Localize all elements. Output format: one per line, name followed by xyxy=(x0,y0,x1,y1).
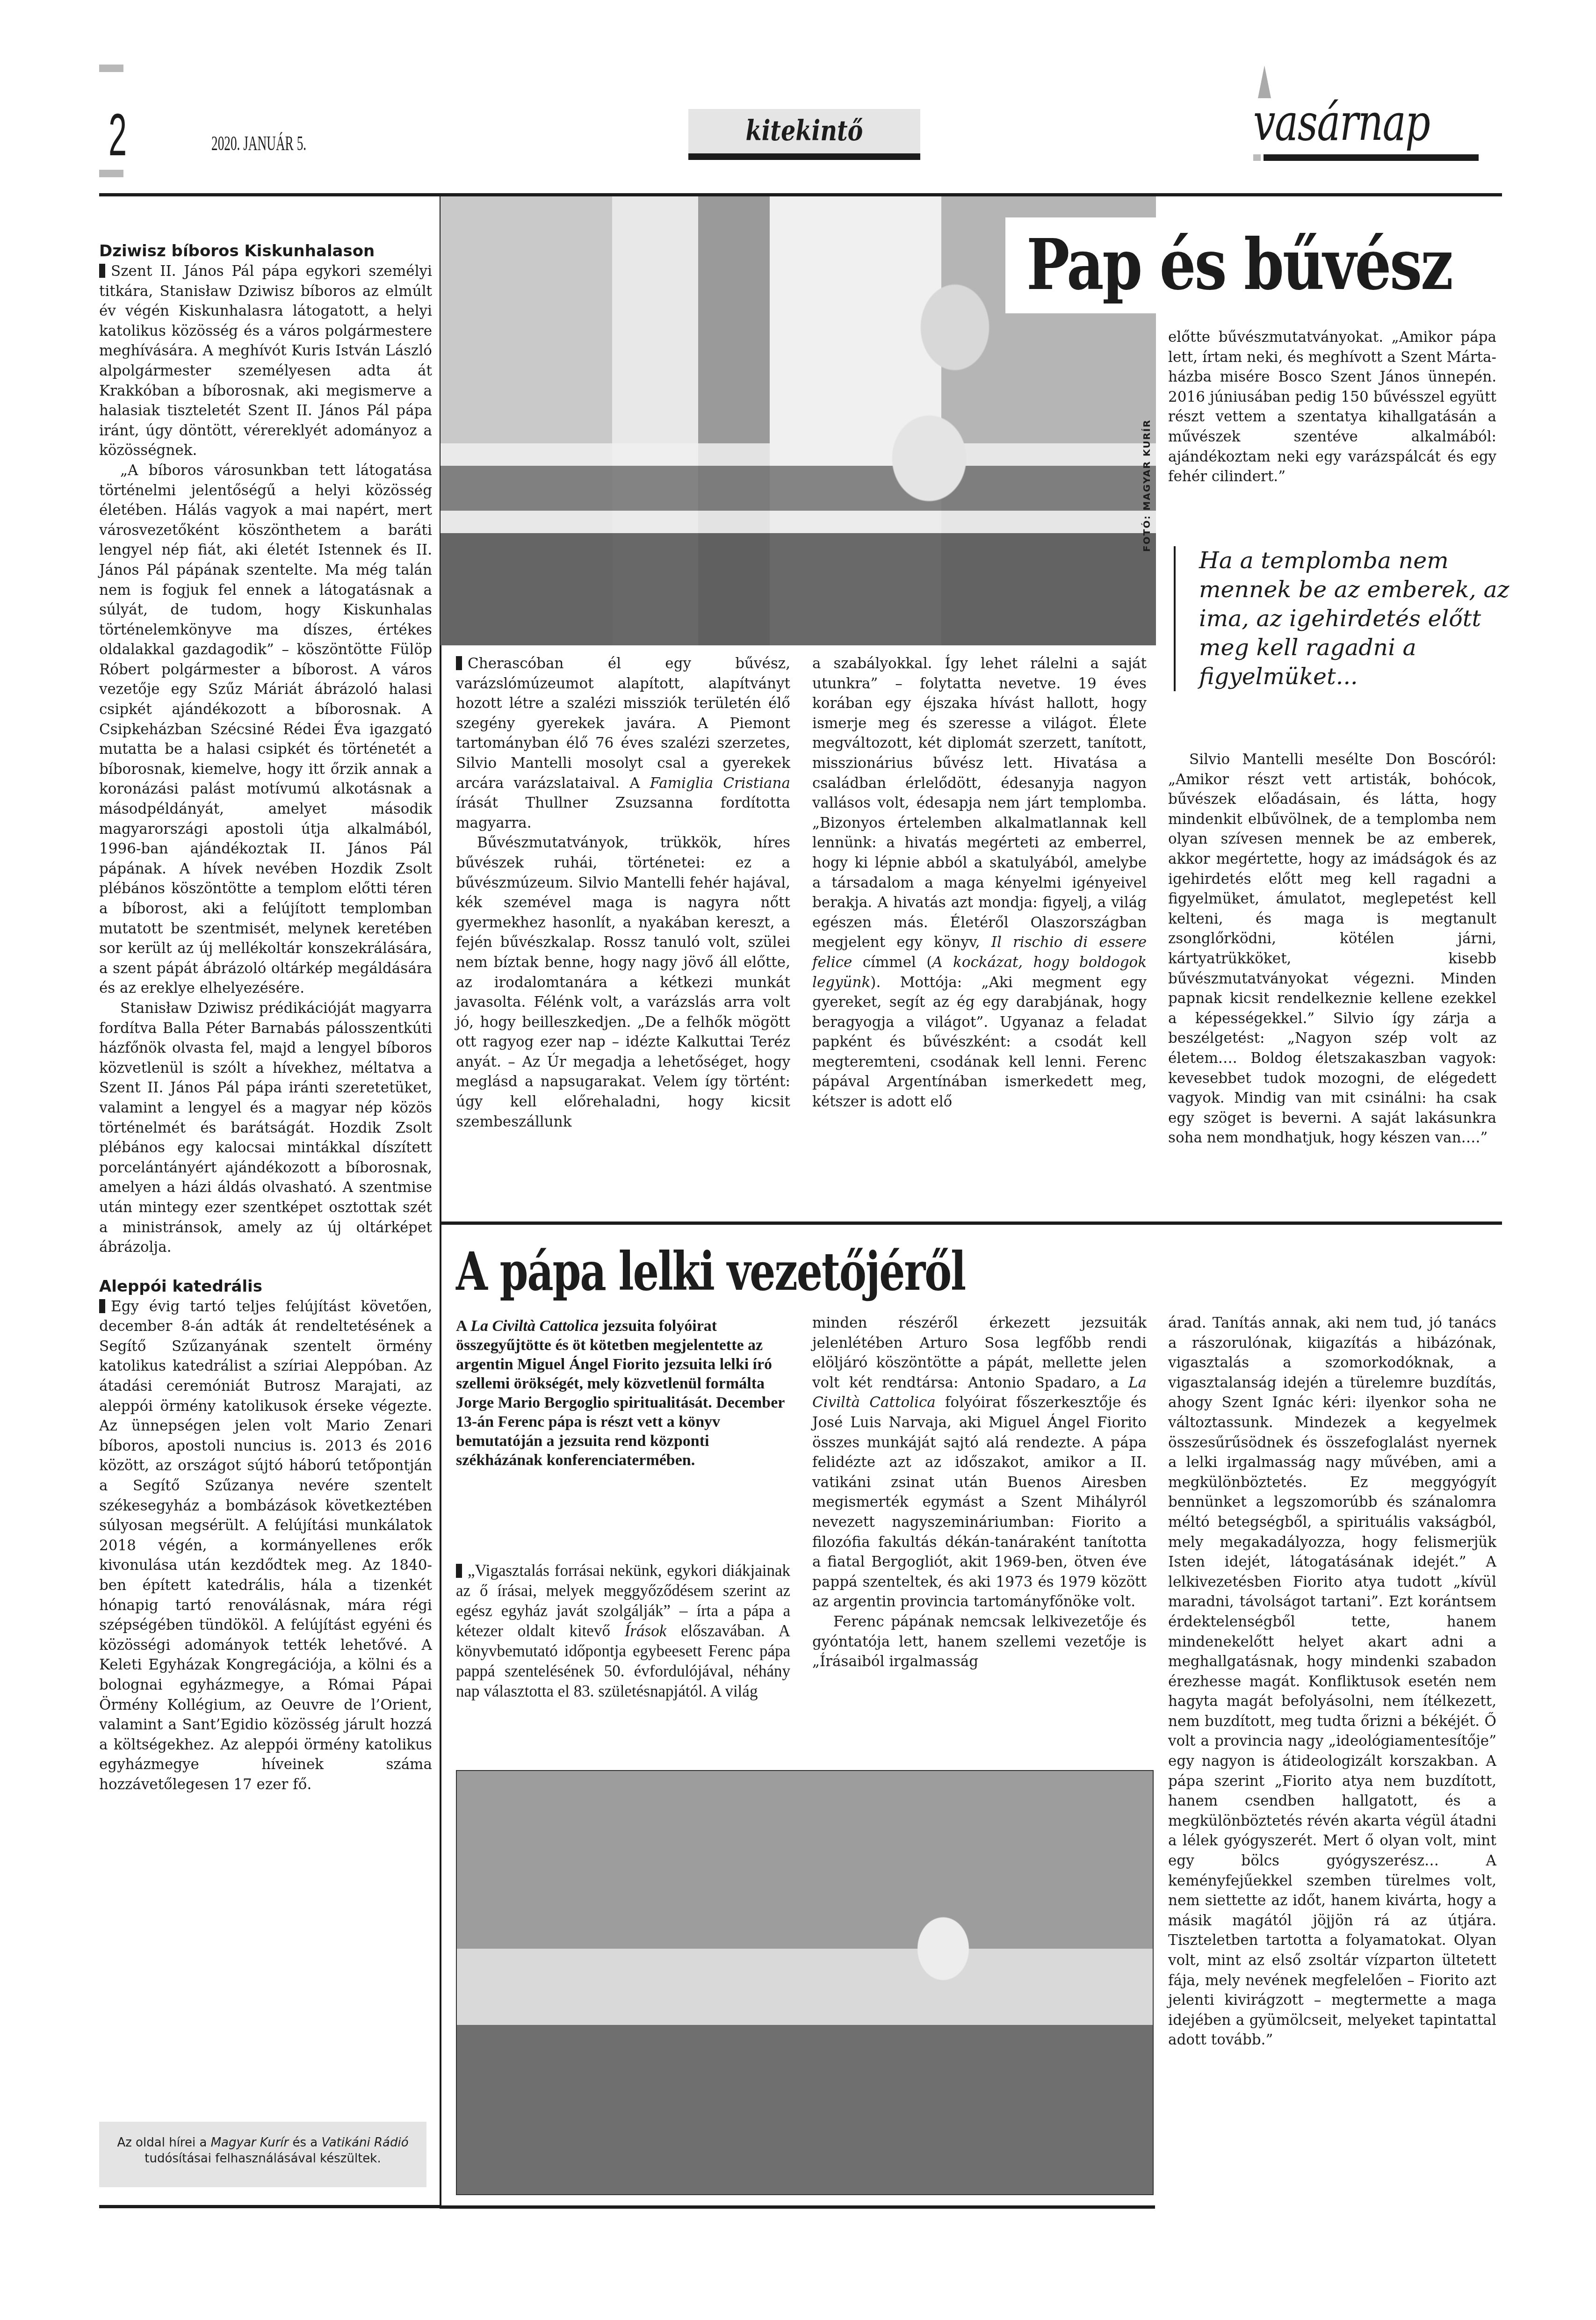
masthead-title: vasárnap xyxy=(1253,94,1430,152)
article2-column-1: „Vigasztalás forrásai nekünk, egykori di… xyxy=(456,1561,790,1701)
news-column: Dziwisz bíboros Kiskunhalason Szent II. … xyxy=(99,241,432,1795)
article-paragraph: előtte bűvészmutatványokat. „Amikor pápa… xyxy=(1168,327,1496,487)
source-note: Az oldal hírei a Magyar Kurír és a Vatik… xyxy=(99,2122,426,2187)
headline-pap-es-buvesz: Pap és bűvész xyxy=(1026,223,1452,307)
article-column-2: a szabályokkal. Így lehet rálelni a sajá… xyxy=(812,654,1147,1112)
page-number-bar-top xyxy=(99,65,123,72)
article-column-3-bottom: Silvio Mantelli mesélte Don Boscóról: „A… xyxy=(1168,750,1496,1148)
page-number: 2 xyxy=(108,105,127,165)
news-paragraph: „A bíboros városunkban tett látogatása t… xyxy=(99,461,432,998)
article-column-3-top: előtte bűvészmutatványokat. „Amikor pápa… xyxy=(1168,327,1496,487)
article-separator-rule xyxy=(440,1221,1502,1225)
photo-credit: FOTÓ: MAGYAR KURÍR xyxy=(1141,419,1152,552)
photo-pope-conference xyxy=(456,1770,1154,2195)
news-paragraph: Szent II. János Pál pápa egykori személy… xyxy=(99,261,432,461)
news-title-aleppo: Aleppói katedrális xyxy=(99,1276,432,1297)
pull-quote: Ha a templomba nem mennek be az emberek,… xyxy=(1174,546,1522,691)
article-paragraph: árad. Tanítás annak, aki nem tud, jó tan… xyxy=(1168,1313,1496,2050)
issue-date: 2020. JANUÁR 5. xyxy=(211,131,306,155)
logo-square xyxy=(1253,154,1261,161)
article2-column-2: minden részéről érkezett jezsuiták jelen… xyxy=(812,1313,1147,1672)
article-paragraph: minden részéről érkezett jezsuiták jelen… xyxy=(812,1313,1147,1612)
news-paragraph: Egy évig tartó teljes felújítást követőe… xyxy=(99,1297,432,1795)
article-paragraph: Bűvészmutatványok, trükkök, híres bűvész… xyxy=(456,833,790,1132)
section-label: kitekintő xyxy=(688,109,920,160)
article2-column-3: árad. Tanítás annak, aki nem tud, jó tan… xyxy=(1168,1313,1496,2050)
logo-rule xyxy=(1264,154,1479,161)
article-paragraph: Ferenc pápának nemcsak lelkivezetője és … xyxy=(812,1612,1147,1672)
header-rule xyxy=(99,193,1502,196)
source-vatikani-radio: Vatikáni Rádió xyxy=(322,2136,409,2150)
page-number-bar-bottom xyxy=(99,170,123,177)
article-paragraph: Cherascóban él egy bűvész, varázslómúzeu… xyxy=(456,654,790,833)
headline-papa-lelki-vezetojerol: A pápa lelki vezetőjéről xyxy=(456,1242,965,1302)
article-lead: A La Civiltà Cattolica jezsuita folyóira… xyxy=(456,1316,790,1470)
masthead-logo: vasárnap xyxy=(1253,84,1506,168)
left-bottom-rule xyxy=(99,2205,440,2208)
news-paragraph: Stanisław Dziwisz prédikációját magyarra… xyxy=(99,998,432,1258)
article-column-1: Cherascóban él egy bűvész, varázslómúzeu… xyxy=(456,654,790,1132)
source-magyar-kurir: Magyar Kurír xyxy=(211,2136,289,2150)
article-paragraph: a szabályokkal. Így lehet rálelni a sajá… xyxy=(812,654,1147,1112)
news-title-dziwisz: Dziwisz bíboros Kiskunhalason xyxy=(99,241,432,261)
article-paragraph: Silvio Mantelli mesélte Don Boscóról: „A… xyxy=(1168,750,1496,1148)
bottom-rule xyxy=(440,2205,1155,2209)
article-paragraph: „Vigasztalás forrásai nekünk, egykori di… xyxy=(456,1561,790,1701)
